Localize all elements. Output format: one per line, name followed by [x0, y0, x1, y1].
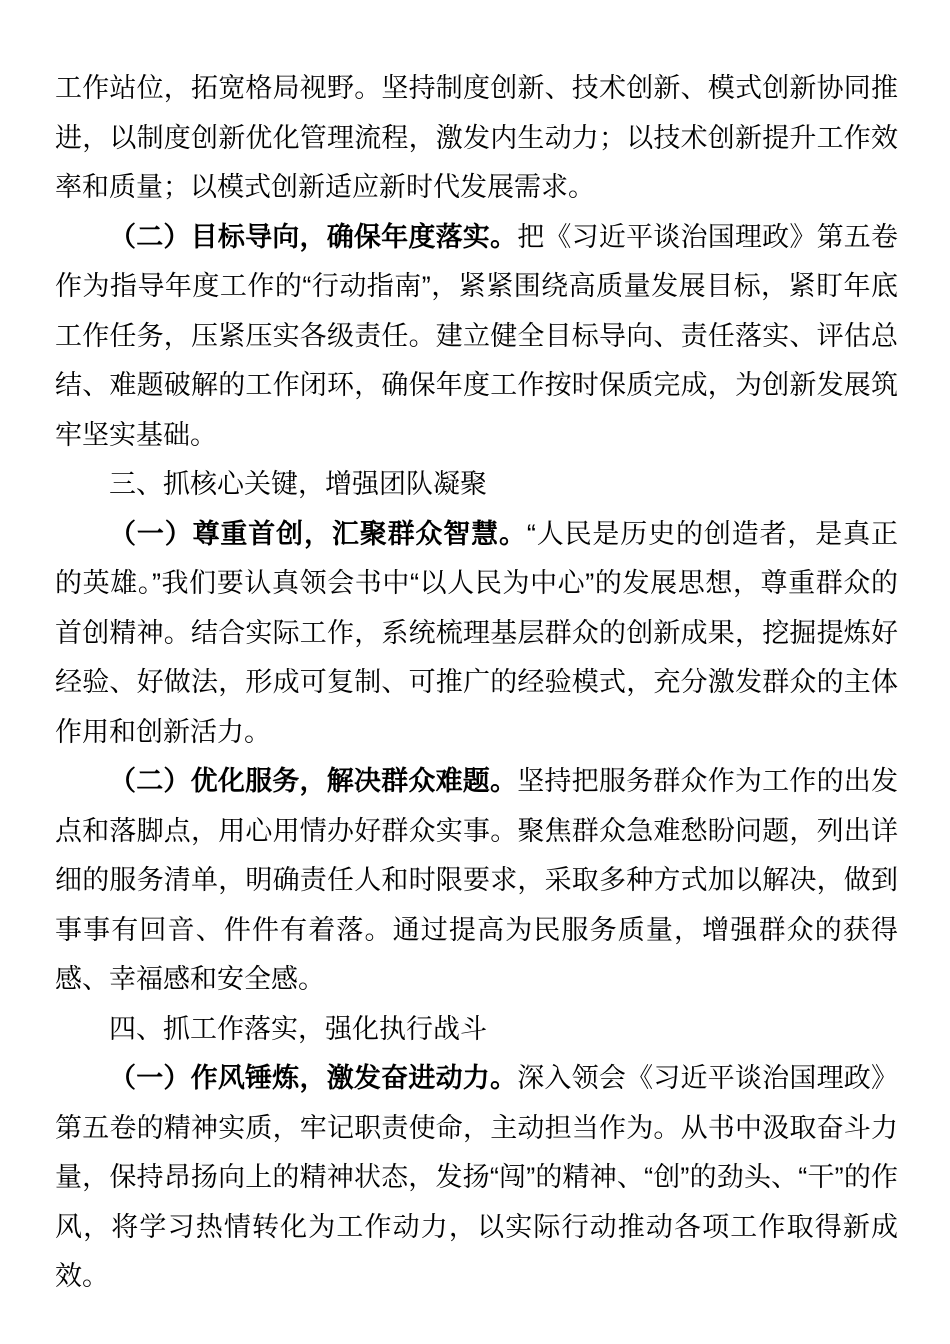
paragraph-lead: （一）作风锤炼，激发奋进动力。 [109, 1063, 517, 1093]
section-heading-text: 四、抓工作落实，强化执行战斗 [109, 1014, 487, 1044]
paragraph-text: 把《习近平谈治国理政》第五卷作为指导年度工作的“行动指南”，紧紧围绕高质量发展目… [55, 222, 898, 450]
paragraph-text: “人民是历史的创造者，是真正的英雄。”我们要认真领会书中“以人民为中心”的发展思… [55, 519, 898, 747]
section-heading: 四、抓工作落实，强化执行战斗 [55, 1005, 898, 1055]
document-page: 工作站位，拓宽格局视野。坚持制度创新、技术创新、模式创新协同推进，以制度创新优化… [0, 0, 950, 1344]
paragraph-text: 坚持把服务群众作为工作的出发点和落脚点，用心用情办好群众实事。聚焦群众急难愁盼问… [55, 766, 898, 994]
paragraph: （一）作风锤炼，激发奋进动力。深入领会《习近平谈治国理政》第五卷的精神实质，牢记… [55, 1054, 898, 1302]
paragraph-lead: （二）目标导向，确保年度落实。 [109, 222, 517, 252]
paragraph-text: 工作站位，拓宽格局视野。坚持制度创新、技术创新、模式创新协同推进，以制度创新优化… [55, 73, 898, 202]
paragraph-text: 深入领会《习近平谈治国理政》第五卷的精神实质，牢记职责使命，主动担当作为。从书中… [55, 1063, 898, 1291]
paragraph-lead: （一）尊重首创，汇聚群众智慧。 [109, 519, 527, 549]
paragraph: （二）优化服务，解决群众难题。坚持把服务群众作为工作的出发点和落脚点，用心用情办… [55, 757, 898, 1005]
paragraph: （一）尊重首创，汇聚群众智慧。“人民是历史的创造者，是真正的英雄。”我们要认真领… [55, 510, 898, 758]
paragraph-lead: （二）优化服务，解决群众难题。 [109, 766, 517, 796]
section-heading-text: 三、抓核心关键，增强团队凝聚 [109, 469, 487, 499]
section-heading: 三、抓核心关键，增强团队凝聚 [55, 460, 898, 510]
paragraph: （二）目标导向，确保年度落实。把《习近平谈治国理政》第五卷作为指导年度工作的“行… [55, 213, 898, 461]
paragraph: 工作站位，拓宽格局视野。坚持制度创新、技术创新、模式创新协同推进，以制度创新优化… [55, 64, 898, 213]
